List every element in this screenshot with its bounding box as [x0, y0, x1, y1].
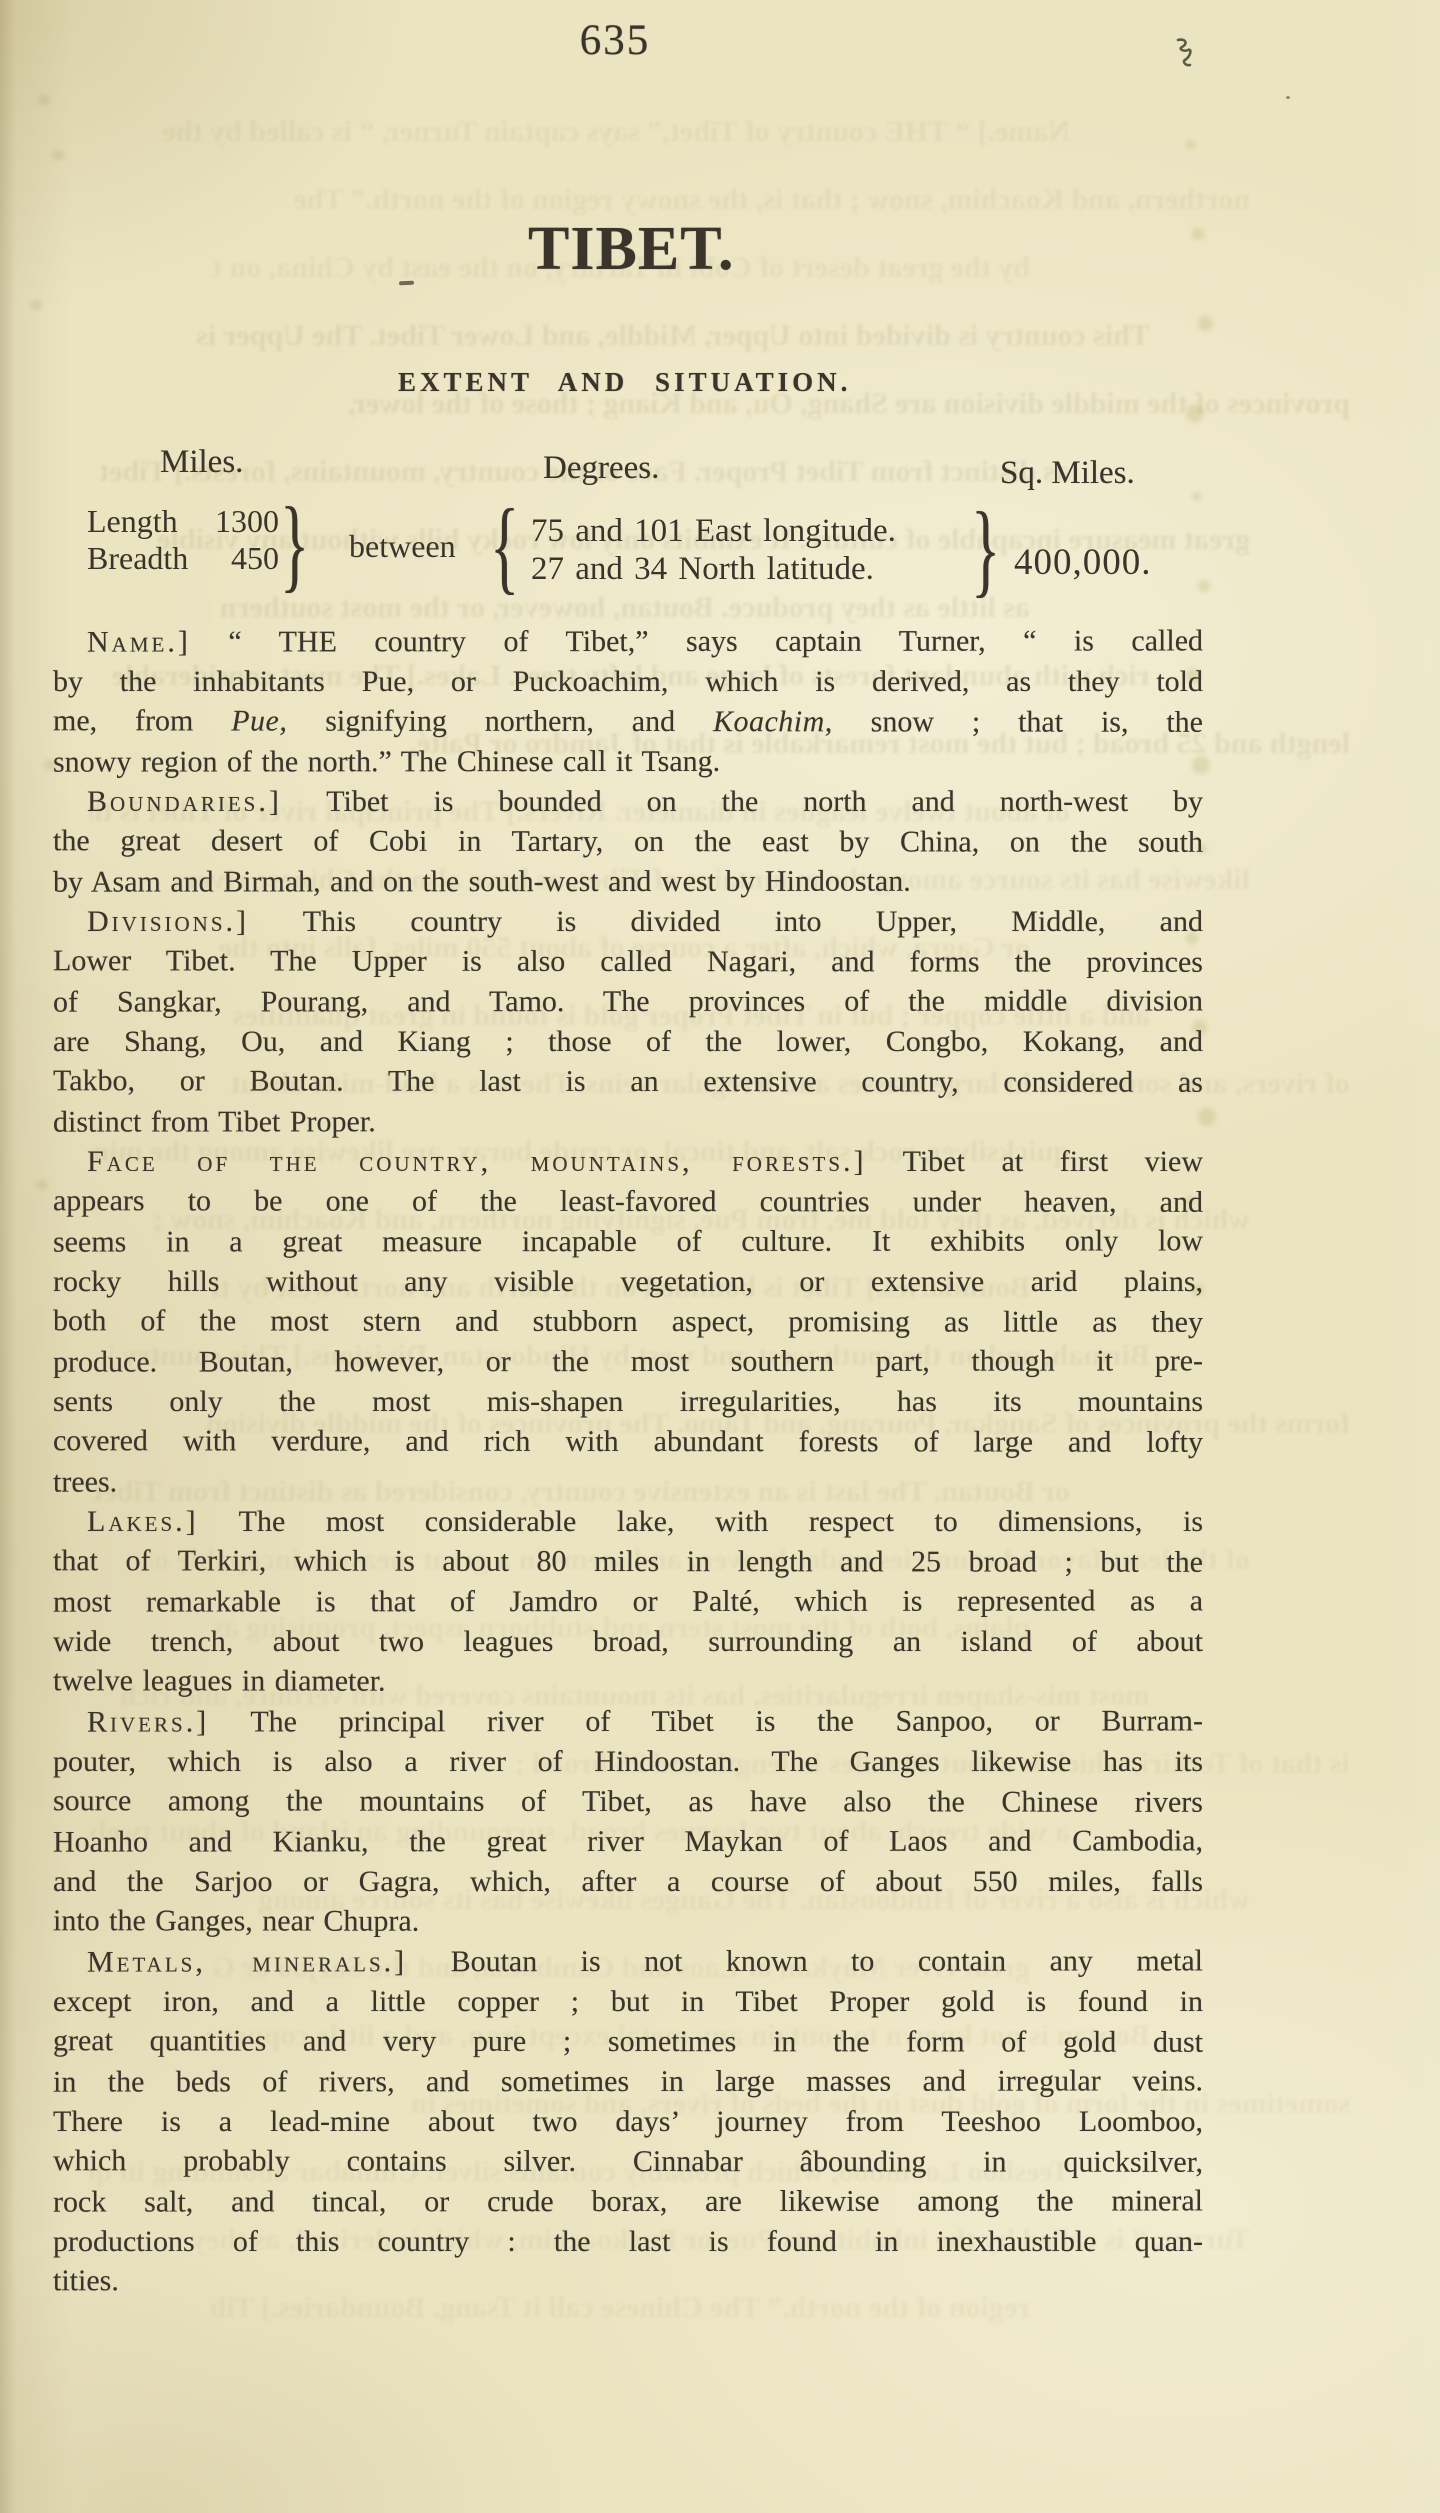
body-line: trees.: [53, 1461, 1203, 1502]
paper-spot: [52, 150, 64, 160]
body-line: tities.: [53, 2261, 1203, 2303]
body-line: Hoanho and Kianku, the great river Mayka…: [53, 1821, 1203, 1862]
ghost-text-line: Name.] “ THE country of Tibet,” says cap…: [90, 112, 1070, 152]
page-title: TIBET.: [528, 214, 728, 285]
page-number: 635: [560, 16, 670, 65]
area-total: 400,000.: [1014, 541, 1152, 584]
dimension-rows: Length1300Breadth450: [87, 503, 279, 577]
body-line: rocky hills without any visible vegetati…: [53, 1262, 1203, 1302]
body-line: that of Terkiri, which is about 80 miles…: [53, 1541, 1203, 1583]
body-line: are Shang, Ou, and Kiang ; those of the …: [53, 1022, 1203, 1062]
column-header-sq-miles: Sq. Miles.: [1000, 455, 1135, 492]
dimension-row: Breadth450: [87, 540, 279, 577]
body-line: which probably contains silver. Cinnabar…: [53, 2141, 1203, 2183]
body-line: There is a lead-mine about two days’ jou…: [53, 2102, 1203, 2142]
ink-speck: [1286, 96, 1290, 99]
paper-spot: [38, 95, 50, 105]
paper-spot: [1186, 140, 1195, 149]
body-line: Metals, minerals.] Boutan is not known t…: [53, 1941, 1203, 1982]
column-header-degrees: Degrees.: [543, 450, 659, 487]
ghost-text-line: This country is divided into Upper, Midd…: [110, 316, 1150, 356]
body-line: snowy region of the north.” The Chinese …: [53, 741, 1203, 782]
body-line: distinct from Tibet Proper.: [53, 1101, 1203, 1142]
paper-spot: [1198, 580, 1210, 592]
section-heading: EXTENT AND SITUATION.: [398, 367, 850, 398]
between-label: between: [349, 528, 456, 565]
paper-spot: [1192, 492, 1201, 501]
degree-row: 75 and 101 East longitude.: [531, 512, 896, 550]
degree-rows: 75 and 101 East longitude.27 and 34 Nort…: [531, 512, 896, 588]
body-line: produce. Boutan, however, or the most so…: [53, 1341, 1203, 1382]
paper-spot: [1192, 228, 1204, 240]
body-line: sents only the most mis-shapen irregular…: [53, 1382, 1203, 1422]
body-line: rock salt, and tincal, or crude borax, a…: [53, 2181, 1203, 2222]
body-line: except iron, and a little copper ; but i…: [53, 1982, 1203, 2022]
body-line: appears to be one of the least-favored c…: [53, 1181, 1203, 1223]
paper-spot: [1198, 316, 1213, 331]
body-line: Name.] “ THE country of Tibet,” says cap…: [53, 621, 1203, 662]
body-line: Boundaries.] Tibet is bounded on the nor…: [53, 782, 1203, 822]
body-line: the great desert of Cobi in Tartary, on …: [53, 821, 1203, 863]
column-header-miles: Miles.: [160, 444, 243, 481]
paper-spot: [30, 300, 42, 310]
stray-dash-mark: [399, 281, 414, 286]
body-line: Divisions.] This country is divided into…: [53, 902, 1203, 942]
body-line: most remarkable is that of Jamdro or Pal…: [53, 1581, 1203, 1622]
dimension-row: Length1300: [87, 503, 279, 540]
body-line: wide trench, about two leagues broad, su…: [53, 1622, 1203, 1662]
opening-brace-icon: {: [490, 501, 519, 591]
body-line: Takbo, or Boutan. The last is an extensi…: [53, 1061, 1203, 1103]
body-line: Rivers.] The principal river of Tibet is…: [53, 1701, 1203, 1742]
body-line: both of the most stern and stubborn aspe…: [53, 1301, 1203, 1343]
closing-brace-icon: }: [280, 499, 309, 589]
body-line: Lakes.] The most considerable lake, with…: [53, 1502, 1203, 1542]
body-line: Face of the country, mountains, forests.…: [53, 1142, 1203, 1182]
body-line: source among the mountains of Tibet, as …: [53, 1781, 1203, 1823]
body-line: by Asam and Birmah, and on the south-wes…: [53, 861, 1203, 902]
body-line: pouter, which is also a river of Hindoos…: [53, 1742, 1203, 1782]
body-line: in the beds of rivers, and sometimes in …: [53, 2061, 1203, 2102]
body-line: of Sangkar, Pourang, and Tamo. The provi…: [53, 981, 1203, 1022]
paper-spot: [36, 1180, 48, 1190]
body-line: me, from Pue, signifying northern, and K…: [53, 701, 1203, 743]
paper-spot: [1186, 404, 1204, 422]
body-line: twelve leagues in diameter.: [53, 1661, 1203, 1703]
book-page: Name.] “ THE country of Tibet,” says cap…: [0, 0, 1440, 2513]
body-text: Name.] “ THE country of Tibet,” says cap…: [53, 622, 1203, 2302]
closing-brace-icon: }: [971, 504, 1000, 594]
ink-mark-icon: [1172, 36, 1198, 70]
body-line: great quantities and very pure ; sometim…: [53, 2021, 1203, 2063]
body-line: Lower Tibet. The Upper is also called Na…: [53, 941, 1203, 983]
body-line: and the Sarjoo or Gagra, which, after a …: [53, 1862, 1203, 1902]
body-line: productions of this country : the last i…: [53, 2222, 1203, 2262]
body-line: by the inhabitants Pue, or Puckoachim, w…: [53, 662, 1203, 702]
degree-row: 27 and 34 North latitude.: [531, 550, 896, 588]
body-line: seems in a great measure incapable of cu…: [53, 1221, 1203, 1262]
body-line: into the Ganges, near Chupra.: [53, 1901, 1203, 1943]
body-line: covered with verdure, and rich with abun…: [53, 1421, 1203, 1463]
